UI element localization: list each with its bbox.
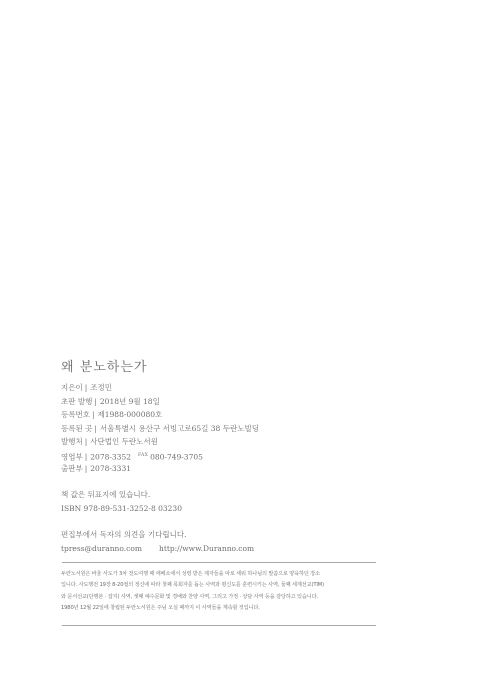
credit-label: 출판부 [61, 464, 83, 473]
feedback-message: 편집부에서 독자의 의견을 기다립니다. [61, 528, 254, 542]
credit-row-author: 지은이|조정민 [61, 381, 259, 395]
credit-label: 발행처 [61, 437, 83, 446]
contact-row: tpress@duranno.comhttp://www.Duranno.com [61, 542, 254, 556]
credit-row-sales: 영업부|2078-3352FAX080-749-3705 [61, 449, 259, 463]
separator: | [85, 383, 88, 392]
credits-block: 지은이|조정민 초판 발행|2018년 9월 18일 등록번호|제1988-00… [61, 381, 259, 476]
credit-label: 지은이 [61, 383, 83, 392]
about-line: 와 문서선교(단행본 · 잡지) 사역, 셋째 예수문화 및 경배와 찬양 사역… [61, 592, 379, 603]
fax-label: FAX [138, 453, 148, 458]
feedback-block: 편집부에서 독자의 의견을 기다립니다. tpress@duranno.comh… [61, 528, 254, 556]
book-title: 왜 분노하는가 [61, 356, 147, 375]
sales-phone: 2078-3352 [90, 452, 131, 461]
about-line: 두란노서원은 바울 사도가 3차 전도여행 때 에베소에서 성령 받은 제자들을… [61, 569, 379, 580]
isbn: ISBN 978-89-531-3252-8 03230 [61, 502, 182, 516]
credit-label: 등록번호 [61, 410, 90, 419]
separator: | [85, 464, 88, 473]
about-line: 입니다. 사도행전 19장 8-20절의 정신에 따라 첫째 목회자를 돕는 사… [61, 580, 379, 591]
price-notice: 책 값은 뒤표지에 있습니다. [61, 488, 182, 502]
credit-row-editorial: 출판부|2078-3331 [61, 462, 259, 476]
credit-row-first-edition: 초판 발행|2018년 9월 18일 [61, 395, 259, 409]
credit-label: 등록된 곳 [61, 424, 92, 433]
separator: | [92, 410, 95, 419]
credit-value: 2078-3331 [90, 464, 131, 473]
credit-label: 초판 발행 [61, 397, 92, 406]
credit-value: 2018년 9월 18일 [100, 397, 160, 406]
credit-value: 제1988-000080호 [98, 410, 163, 419]
credit-value: 서울특별시 용산구 서빙고로65길 38 두란노빌딩 [100, 424, 259, 433]
fax-number: 080-749-3705 [150, 452, 203, 461]
about-line: 1980년 12월 22일에 창립된 두란노서원은 주님 오실 때까지 이 사역… [61, 603, 379, 614]
separator: | [94, 424, 97, 433]
divider-bottom [62, 625, 376, 626]
separator: | [94, 397, 97, 406]
email-link[interactable]: tpress@duranno.com [61, 544, 142, 553]
website-link[interactable]: http://www.Duranno.com [159, 544, 254, 553]
credit-value: 사단법인 두란노서원 [90, 437, 158, 446]
copyright-page: 왜 분노하는가 지은이|조정민 초판 발행|2018년 9월 18일 등록번호|… [0, 0, 500, 690]
price-isbn-block: 책 값은 뒤표지에 있습니다. ISBN 978-89-531-3252-8 0… [61, 488, 182, 516]
credit-label: 영업부 [61, 452, 83, 461]
credit-row-publisher: 발행처|사단법인 두란노서원 [61, 435, 259, 449]
separator: | [85, 437, 88, 446]
about-publisher: 두란노서원은 바울 사도가 3차 전도여행 때 에베소에서 성령 받은 제자들을… [61, 569, 379, 614]
credit-row-registration-number: 등록번호|제1988-000080호 [61, 408, 259, 422]
credit-value: 조정민 [90, 383, 112, 392]
separator: | [85, 452, 88, 461]
divider-top [62, 562, 376, 563]
credit-row-registered-address: 등록된 곳|서울특별시 용산구 서빙고로65길 38 두란노빌딩 [61, 422, 259, 436]
